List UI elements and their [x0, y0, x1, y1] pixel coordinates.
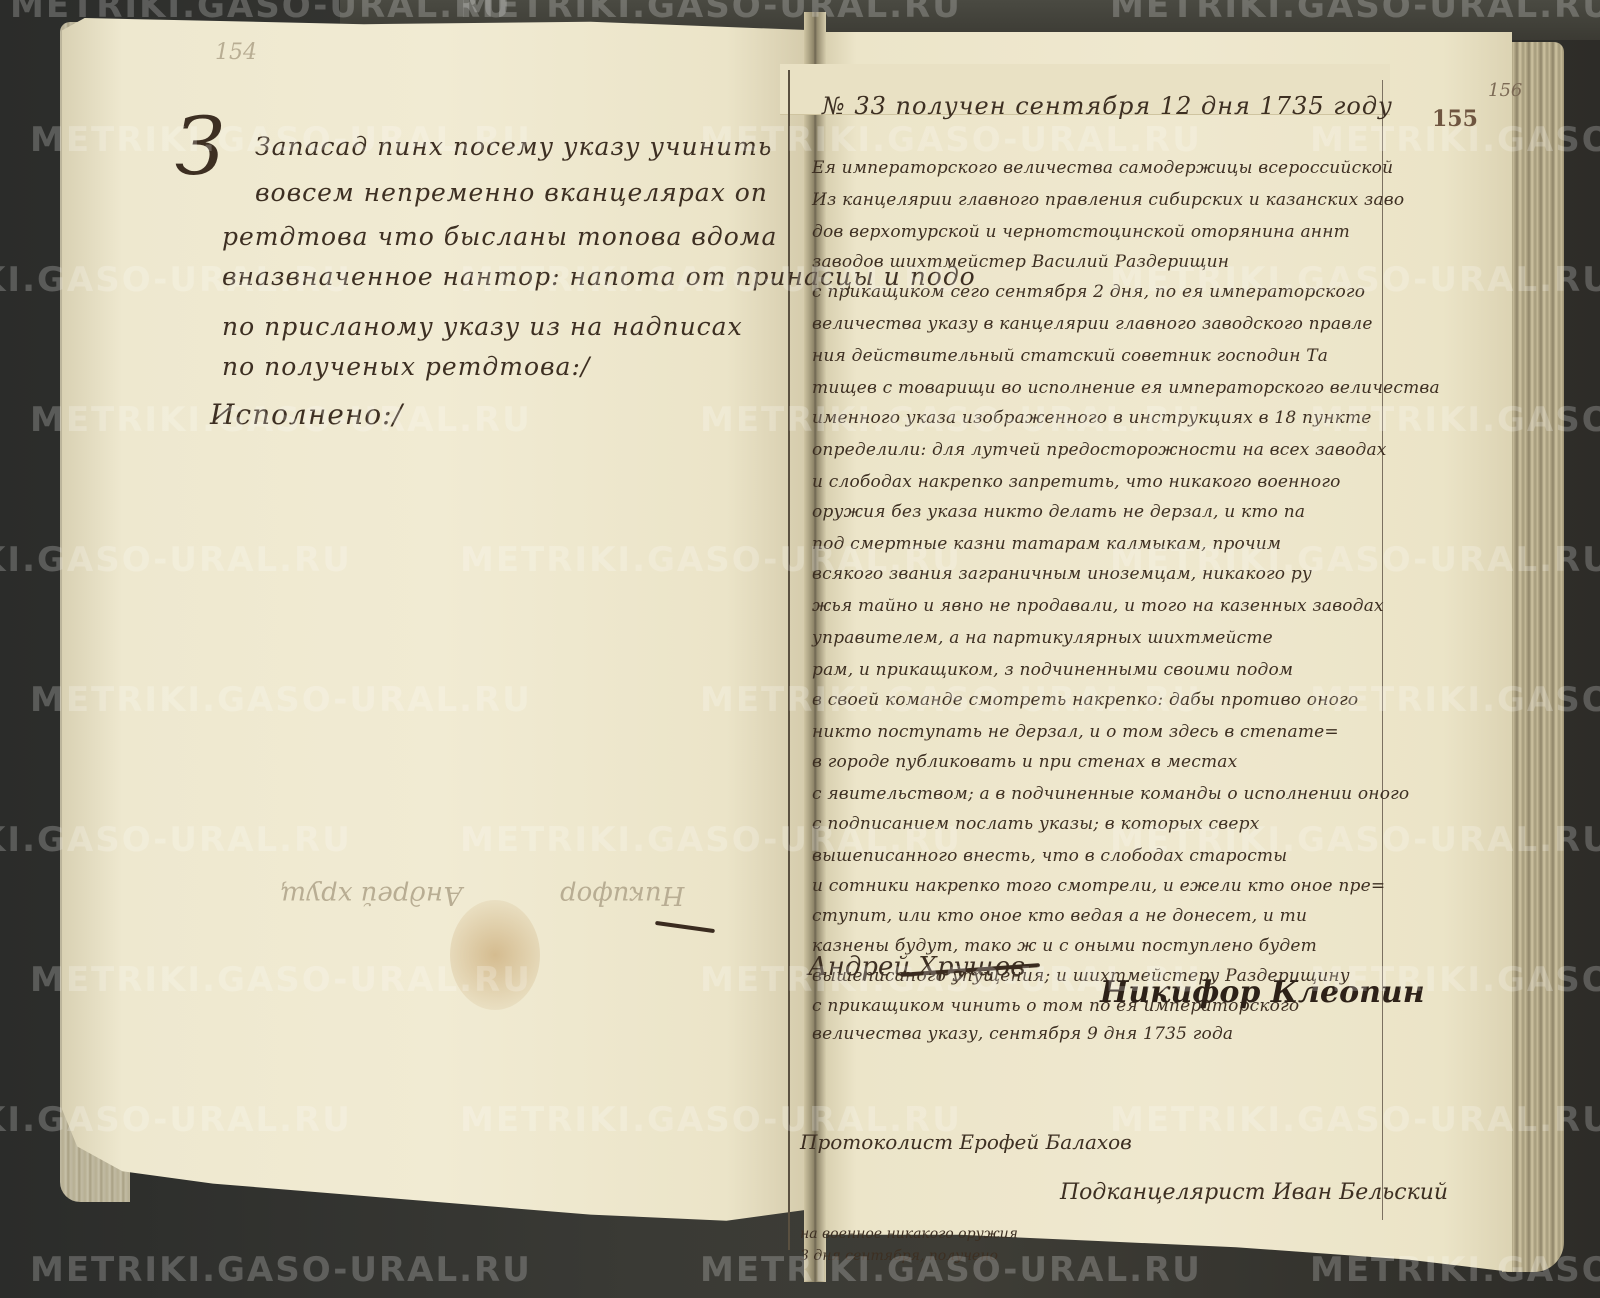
- right-line-13: под смертные казни татарам калмыкам, про…: [812, 534, 1281, 554]
- left-line-7: Исполнено:/: [210, 398, 403, 431]
- right-line-25: ступит, или кто оное кто ведая а не доне…: [812, 906, 1307, 926]
- right-line-17: рам, и прикащиком, з подчиненными своими…: [812, 660, 1293, 680]
- right-line-9: именного указа изображенного в инструкци…: [812, 408, 1372, 428]
- right-line-15: жья тайно и явно не продавали, и того на…: [812, 596, 1384, 616]
- right-page-left-margin-rule: [788, 70, 790, 1250]
- right-page: [822, 32, 1512, 1272]
- right-line-12: оружия без указа никто делать не дерзал,…: [812, 502, 1305, 522]
- faint-mirror-signature-1: Андрей хрущ: [280, 880, 463, 910]
- left-folio-faint: 154: [215, 40, 257, 65]
- signature-copyist: Протоколист Ерофей Балахов: [800, 1130, 1132, 1154]
- drop-cap: З: [175, 100, 225, 193]
- faint-mirror-signature-2: Никифор: [560, 880, 684, 910]
- right-line-7: ния действительный статский советник гос…: [812, 346, 1328, 366]
- right-line-19: никто поступать не дерзал, и о том здесь…: [812, 722, 1339, 742]
- right-line-14: всякого звания заграничным иноземцам, ни…: [812, 564, 1312, 584]
- right-line-8: тищев с товарищи во исполнение ея импера…: [812, 378, 1440, 398]
- left-line-5: по присланому указу из на надписах: [222, 312, 743, 341]
- right-line-18: в своей команде смотреть накрепко: дабы …: [812, 690, 1358, 710]
- right-line-2: Из канцелярии главного правления сибирск…: [812, 190, 1404, 210]
- right-line-6: величества указу в канцелярии главного з…: [812, 314, 1373, 334]
- right-line-3: дов верхотурской и чернотстоцинской отор…: [812, 222, 1350, 242]
- right-line-16: управителем, а на партикулярных шихтмейс…: [812, 628, 1273, 648]
- bottom-note-line-1: на военное никакого оружия: [800, 1226, 1018, 1242]
- right-line-5: с прикащиком сего сентября 2 дня, по ея …: [812, 282, 1365, 302]
- signature-secretary: Подканцелярист Иван Бельский: [1060, 1180, 1448, 1205]
- left-line-3: ретдтова что бысланы топова вдома: [222, 222, 777, 251]
- signature-official: Никифор Клеопин: [1100, 975, 1425, 1010]
- right-page-right-margin-rule: [1382, 80, 1383, 1220]
- right-line-24: и сотники накрепко того смотрели, и ежел…: [812, 876, 1385, 896]
- left-line-2: вовсем непременно вканцелярах оп: [255, 178, 768, 207]
- left-line-1: Запасад пинх посему указу учинить: [255, 132, 773, 161]
- ink-stain: [450, 900, 540, 1010]
- right-line-23: вышеписанного внесть, что в слободах ста…: [812, 846, 1287, 866]
- right-line-4: заводов шихтмейстер Василий Раздерищин: [812, 252, 1229, 272]
- right-line-20: в городе публиковать и при стенах в мест…: [812, 752, 1237, 772]
- right-line-10: определили: для лутчей предосторожности …: [812, 440, 1387, 460]
- entry-header: № 33 получен сентября 12 дня 1735 году: [822, 92, 1393, 120]
- right-line-29: величества указу, сентября 9 дня 1735 го…: [812, 1024, 1233, 1044]
- left-line-6: по полученых ретдтова:/: [222, 352, 590, 381]
- right-line-22: с подписанием послать указы; в которых с…: [812, 814, 1260, 834]
- bottom-note-line-2: 3 дня сентября, получено: [800, 1248, 998, 1264]
- right-line-1: Ея императорского величества самодержицы…: [812, 158, 1393, 178]
- next-folio-number: 156: [1488, 80, 1522, 101]
- right-line-11: и слободах накрепко запретить, что никак…: [812, 472, 1341, 492]
- right-line-21: с явительством; а в подчиненные команды …: [812, 784, 1409, 804]
- folio-number: 155: [1432, 106, 1478, 132]
